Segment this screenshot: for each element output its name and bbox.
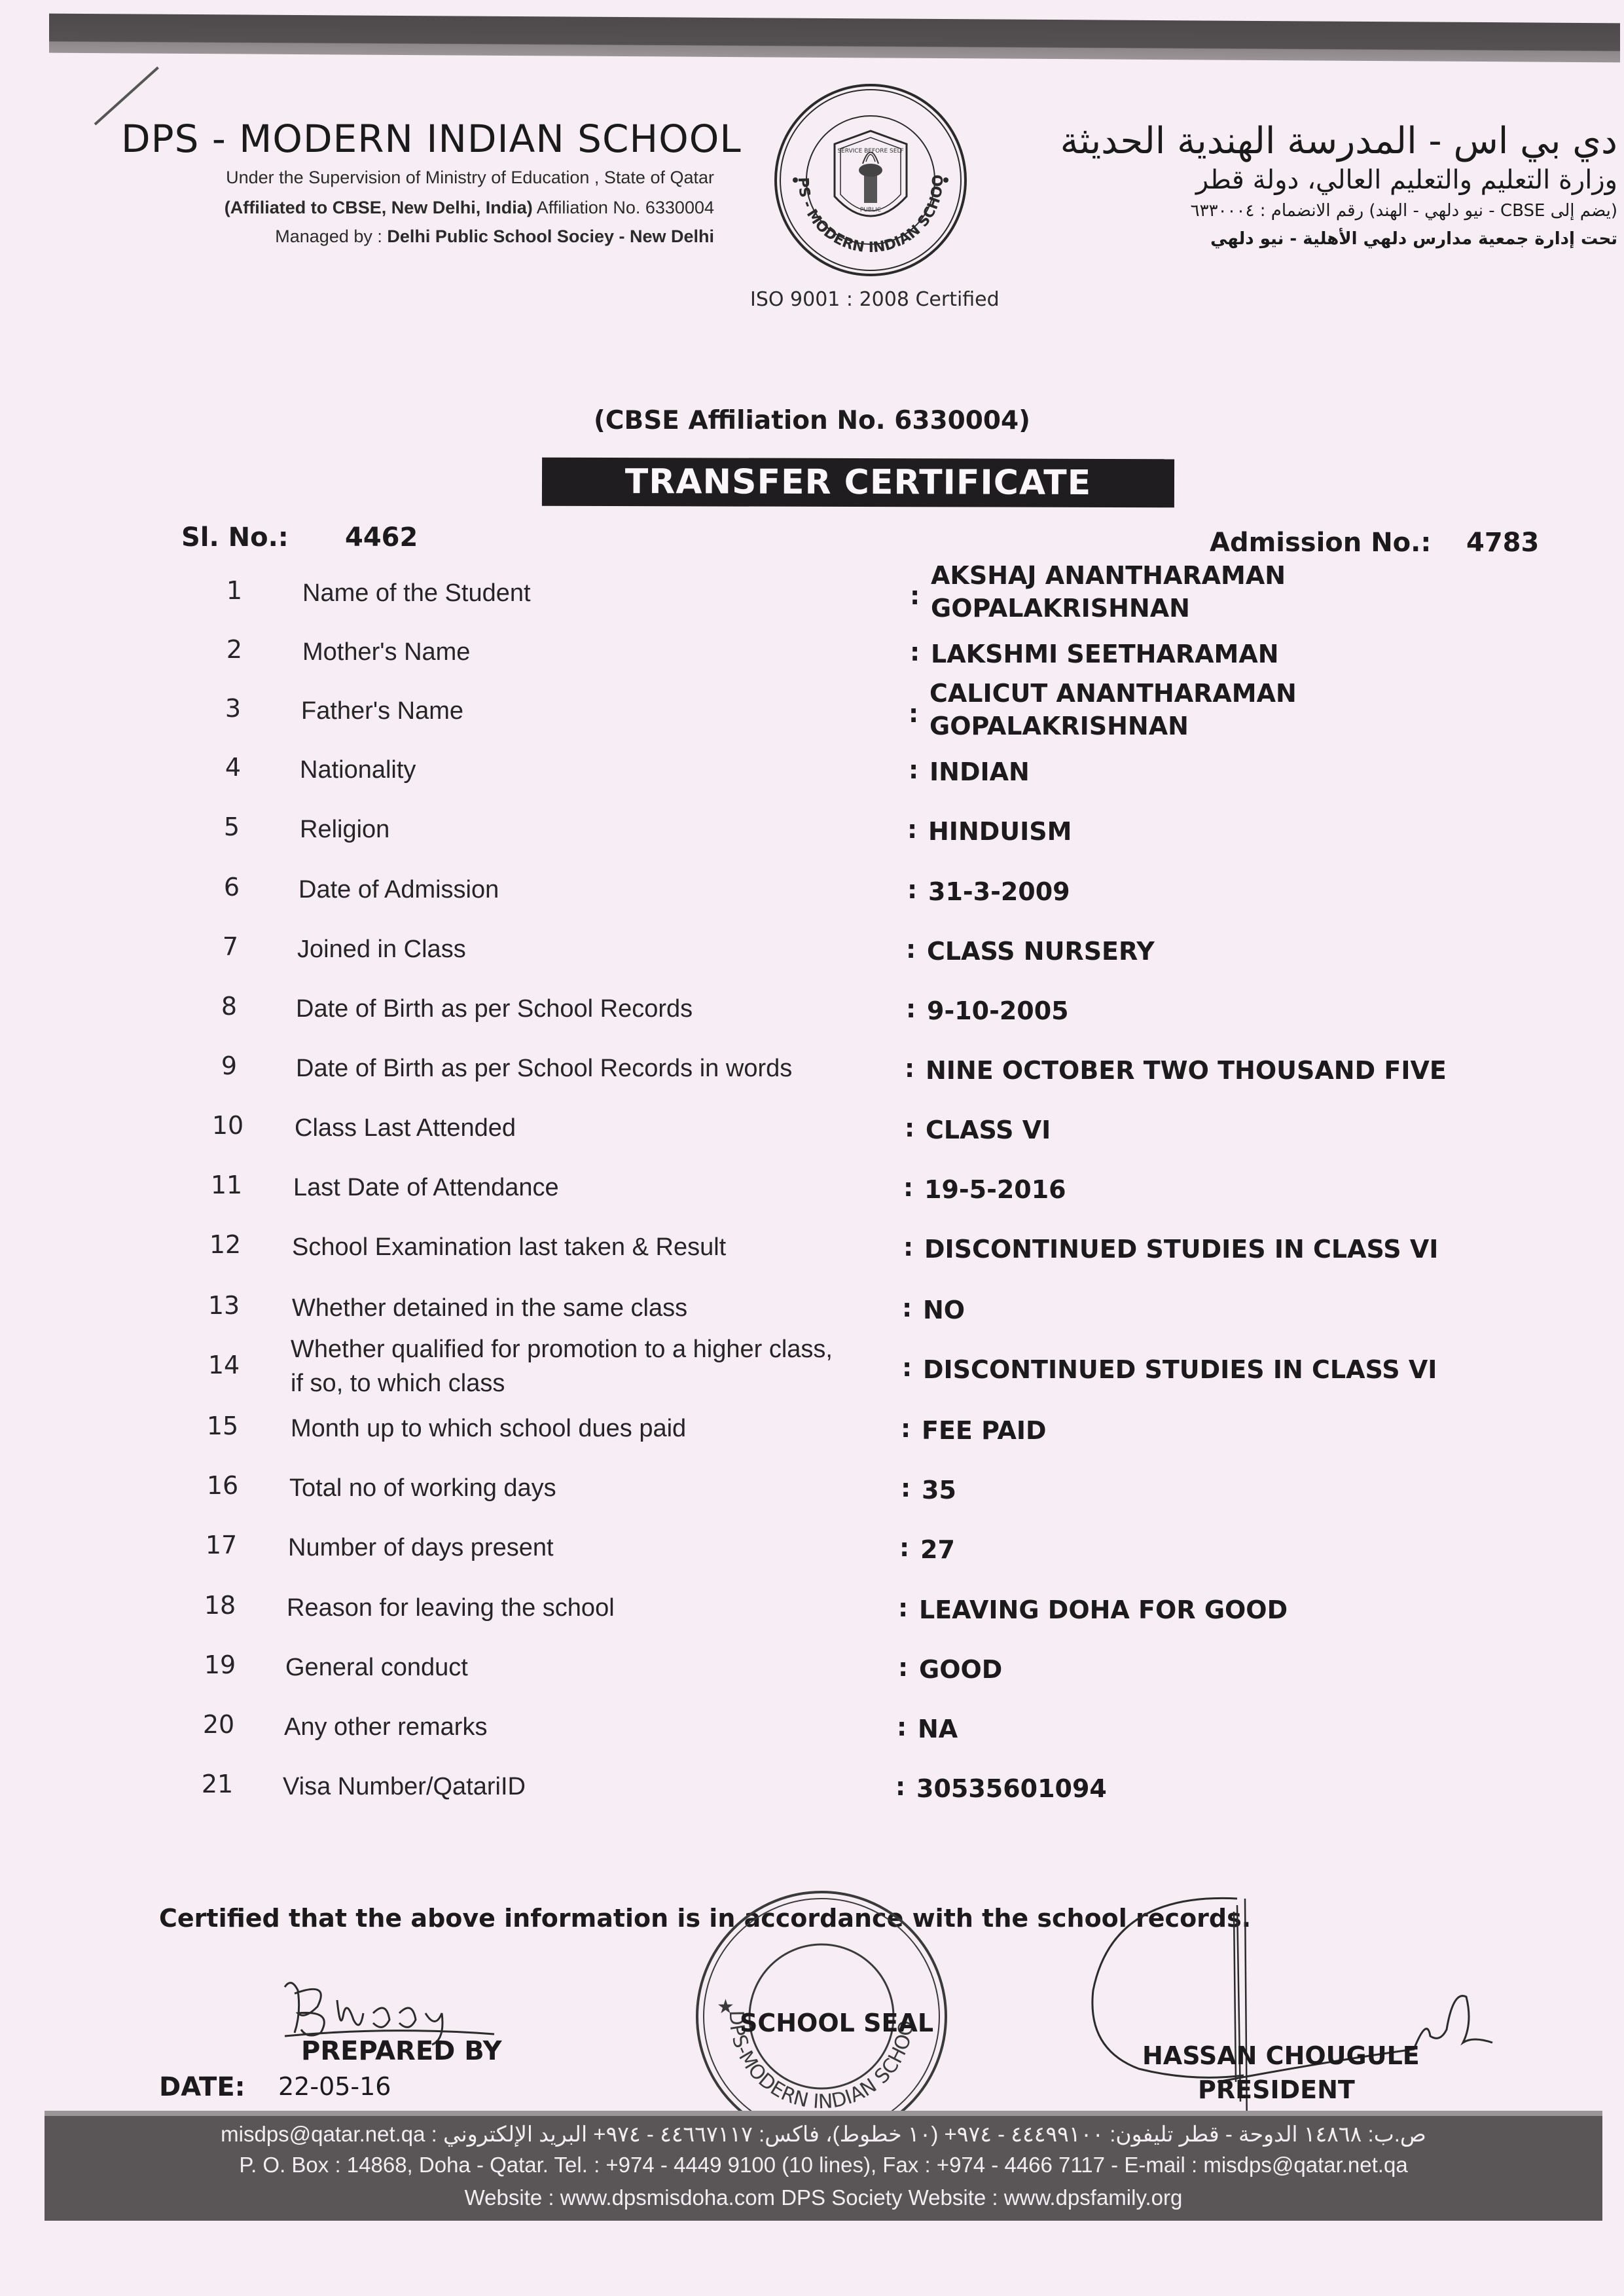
row-value-line: 30535601094 [916,1772,1107,1805]
row-value-line: CLASS NURSERY [927,935,1155,968]
row-number: 11 [200,1171,253,1199]
row-value: 35 [922,1474,956,1506]
row-number: 19 [194,1650,246,1679]
certificate-row: 6Date of Admission:31-3-2009 [0,873,1624,925]
certificate-row: 21Visa Number/QatariID:30535601094 [0,1770,1624,1822]
school-name: DPS - MODERN INDIAN SCHOOL [121,117,742,161]
certificate-row: 8Date of Birth as per School Records:9-1… [0,992,1624,1044]
row-value-line: CALICUT ANANTHARAMAN [929,677,1297,710]
row-value-line: GOPALAKRISHNAN [929,710,1297,742]
certificate-row: 12School Examination last taken & Result… [0,1230,1624,1283]
row-colon: : [901,1474,911,1503]
row-label: Reason for leaving the school [287,1591,615,1625]
cbse-affiliation-line: (CBSE Affiliation No. 6330004) [0,406,1624,435]
svg-text:SERVICE BEFORE SELF: SERVICE BEFORE SELF [837,148,903,155]
certificate-row: 20Any other remarks:NA [0,1710,1624,1762]
row-value: CLASS VI [926,1114,1051,1146]
row-colon: : [905,1114,914,1142]
certificate-row: 14Whether qualified for promotion to a h… [0,1351,1624,1403]
row-label: Date of Admission [298,873,499,907]
certificate-row: 11Last Date of Attendance:19-5-2016 [0,1171,1624,1223]
certificate-row: 1Name of the Student:AKSHAJ ANANTHARAMAN… [0,576,1624,629]
row-number: 2 [208,635,261,664]
row-colon: : [898,1653,908,1682]
row-value-line: INDIAN [929,756,1030,788]
supervision-line: Under the Supervision of Ministry of Edu… [226,168,714,188]
date-label: DATE: [159,2072,245,2102]
certificate-row: 16Total no of working days:35 [0,1471,1624,1523]
row-label: General conduct [285,1650,468,1685]
row-number: 5 [206,812,258,841]
row-colon: : [895,1772,905,1801]
row-colon: : [910,581,920,610]
row-value-line: DISCONTINUED STUDIES IN CLASS VI [923,1353,1437,1386]
row-number: 10 [202,1111,254,1140]
school-seal-label: SCHOOL SEAL [740,2009,933,2037]
row-label: Nationality [300,753,416,787]
row-value: LAKSHMI SEETHARAMAN [931,638,1279,670]
president-name: HASSAN CHOUGULE [1142,2041,1420,2070]
row-value-line: NINE OCTOBER TWO THOUSAND FIVE [926,1054,1447,1087]
row-value-line: 35 [922,1474,956,1506]
row-colon: : [902,1353,912,1382]
row-label: Date of Birth as per School Records [296,992,693,1026]
row-value: DISCONTINUED STUDIES IN CLASS VI [924,1233,1438,1266]
row-colon: : [906,935,916,964]
row-label: Mother's Name [302,635,470,669]
arabic-ministry-line: وزارة التعليم والتعليم العالي، دولة قطر [1196,165,1617,195]
row-colon: : [899,1533,909,1562]
row-value: HINDUISM [928,815,1072,848]
row-value-line: NO [923,1294,965,1326]
school-name-text: DPS - MODERN INDIAN SCHOOL [121,117,742,161]
row-label: Visa Number/QatariID [283,1770,526,1804]
row-colon: : [907,875,917,904]
certificate-title: TRANSFER CERTIFICATE [542,458,1174,508]
row-label: Name of the Student [302,576,531,610]
contact-arabic-line: ص.ب: ١٤٨٦٨ الدوحة - قطر تليفون: ٤٤٤٩٩١٠٠… [45,2121,1602,2147]
row-label: Joined in Class [297,932,466,966]
managed-prefix: Managed by : [275,227,387,246]
row-number: 12 [199,1230,251,1259]
row-colon: : [907,815,917,844]
certificate-row: 17Number of days present:27 [0,1531,1624,1583]
row-colon: : [903,1233,913,1262]
row-value: NO [923,1294,965,1326]
row-value: 31-3-2009 [928,875,1070,908]
svg-text:★: ★ [717,1995,734,2018]
row-colon: : [909,756,918,784]
certificate-row: 9Date of Birth as per School Records in … [0,1051,1624,1104]
row-label: School Examination last taken & Result [292,1230,726,1264]
affiliation-line: (Affiliated to CBSE, New Delhi, India) A… [225,198,714,218]
row-number: 14 [198,1351,250,1379]
row-value: FEE PAID [922,1414,1047,1447]
serial-number-label: Sl. No.: [181,522,289,553]
row-label: Total no of working days [289,1471,556,1505]
certificate-row: 2Mother's Name:LAKSHMI SEETHARAMAN [0,635,1624,687]
row-number: 8 [203,992,255,1021]
row-value: 9-10-2005 [927,994,1069,1027]
row-label: Whether qualified for promotion to a hig… [291,1332,833,1400]
arabic-affiliation-line: (يضم إلى CBSE - نيو دلهي - الهند) رقم ال… [1191,201,1617,221]
preparer-signature-icon [272,1974,507,2046]
date-value: 22-05-16 [278,2072,391,2101]
row-number: 17 [195,1531,247,1559]
row-colon: : [903,1173,913,1202]
row-label: Last Date of Attendance [293,1171,559,1205]
row-label: Month up to which school dues paid [291,1412,686,1446]
row-value: 30535601094 [916,1772,1107,1805]
prepared-by-label: PREPARED BY [301,2036,502,2066]
certificate-row: 18Reason for leaving the school:LEAVING … [0,1591,1624,1643]
row-value-line: 9-10-2005 [927,994,1069,1027]
row-colon: : [897,1713,907,1741]
president-title: PRESIDENT [1198,2075,1355,2104]
row-number: 4 [207,753,259,782]
row-value-line: NA [918,1713,958,1745]
row-colon: : [901,1414,911,1443]
row-label: Whether detained in the same class [292,1291,687,1325]
managed-by-line: Managed by : Delhi Public School Sociey … [275,227,714,247]
row-value: 27 [920,1533,955,1566]
row-value: AKSHAJ ANANTHARAMANGOPALAKRISHNAN [931,559,1286,625]
row-label: Father's Name [301,694,463,728]
arabic-managed-line: تحت إدارة جمعية مدارس دلهي الأهلية - نيو… [1210,229,1617,249]
certificate-row: 3Father's Name:CALICUT ANANTHARAMANGOPAL… [0,694,1624,746]
row-colon: : [906,994,916,1023]
row-value: NA [918,1713,958,1745]
row-colon: : [898,1594,908,1622]
serial-number-value: 4462 [345,522,418,553]
row-colon: : [902,1294,912,1322]
row-number: 18 [194,1591,246,1620]
row-value-line: GOPALAKRISHNAN [931,592,1286,625]
row-value: INDIAN [929,756,1030,788]
row-label: Religion [300,812,389,847]
row-colon: : [905,1054,914,1083]
certificate-row: 10Class Last Attended:CLASS VI [0,1111,1624,1163]
admission-number-label: Admission No.: [1210,528,1431,558]
row-value: CLASS NURSERY [927,935,1155,968]
row-number: 21 [191,1770,244,1798]
row-number: 3 [207,694,259,723]
row-number: 16 [196,1471,249,1500]
row-value-line: 27 [920,1533,955,1566]
row-number: 9 [203,1051,255,1080]
row-value-line: DISCONTINUED STUDIES IN CLASS VI [924,1233,1438,1266]
certificate-row: 7Joined in Class:CLASS NURSERY [0,932,1624,985]
admission-number-value: 4783 [1466,528,1539,558]
row-value-line: CLASS VI [926,1114,1051,1146]
arabic-school-name: دي بي اس - المدرسة الهندية الحديثة [1060,120,1617,162]
row-label: Number of days present [288,1531,554,1565]
row-colon: : [909,699,918,728]
contact-footer: ص.ب: ١٤٨٦٨ الدوحة - قطر تليفون: ٤٤٤٩٩١٠٠… [45,2111,1602,2221]
certificate-row: 5Religion:HINDUISM [0,812,1624,865]
school-emblem-icon: DPS - MODERN INDIAN SCHOOL SERVICE BEFOR… [772,82,969,278]
affiliation-bold: (Affiliated to CBSE, New Delhi, India) [225,198,533,217]
certificate-row: 4Nationality:INDIAN [0,753,1624,805]
row-number: 13 [198,1291,250,1320]
row-number: 1 [208,576,261,605]
row-label: Any other remarks [284,1710,487,1744]
row-value-line: AKSHAJ ANANTHARAMAN [931,559,1286,592]
row-value-line: 31-3-2009 [928,875,1070,908]
row-value-line: 19-5-2016 [924,1173,1066,1206]
managed-by: Delhi Public School Sociey - New Delhi [387,227,714,246]
row-value-line: FEE PAID [922,1414,1047,1447]
row-value: GOOD [919,1653,1002,1686]
row-value: LEAVING DOHA FOR GOOD [919,1594,1288,1626]
row-colon: : [910,638,920,666]
row-label: Class Last Attended [295,1111,516,1145]
row-value-line: LAKSHMI SEETHARAMAN [931,638,1279,670]
row-number: 15 [196,1412,249,1440]
row-number: 7 [204,932,257,961]
row-value: CALICUT ANANTHARAMANGOPALAKRISHNAN [929,677,1297,742]
svg-text:PUBLIC: PUBLIC [860,207,881,213]
row-value: NINE OCTOBER TWO THOUSAND FIVE [926,1054,1447,1087]
contact-english-line: P. O. Box : 14868, Doha - Qatar. Tel. : … [45,2153,1602,2178]
top-decorative-bar [49,14,1620,63]
contact-website-line: Website : www.dpsmisdoha.com DPS Society… [45,2185,1602,2210]
row-value-line: GOOD [919,1653,1002,1686]
row-value-line: HINDUISM [928,815,1072,848]
affiliation-number: Affiliation No. 6330004 [533,198,714,217]
row-number: 20 [192,1710,245,1739]
certificate-row: 19General conduct:GOOD [0,1650,1624,1703]
iso-certification: ISO 9001 : 2008 Certified [750,288,1000,311]
row-label: Date of Birth as per School Records in w… [296,1051,792,1085]
certificate-row: 15Month up to which school dues paid:FEE… [0,1412,1624,1464]
row-number: 6 [206,873,258,902]
row-value-line: LEAVING DOHA FOR GOOD [919,1594,1288,1626]
row-value: DISCONTINUED STUDIES IN CLASS VI [923,1353,1437,1386]
row-value: 19-5-2016 [924,1173,1066,1206]
